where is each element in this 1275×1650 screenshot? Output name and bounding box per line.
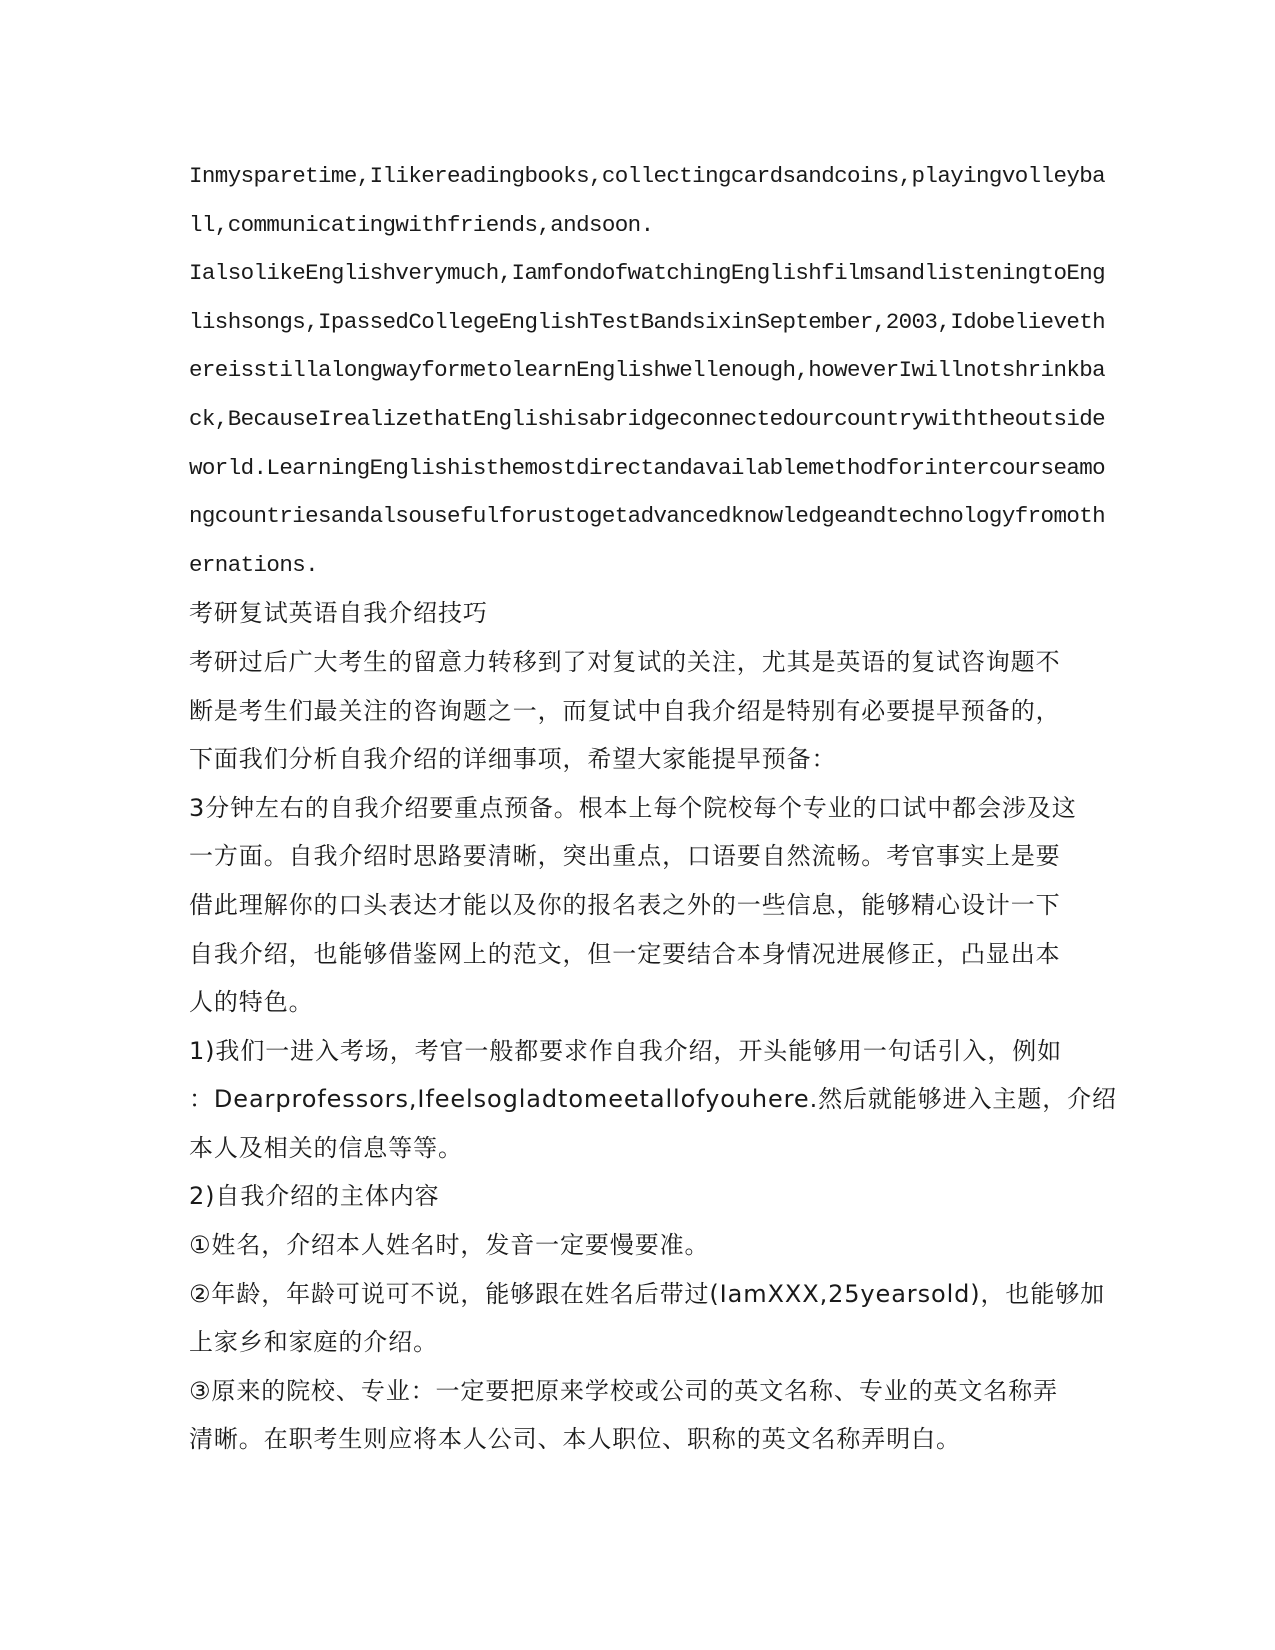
sub-item-school-major: ③原来的院校、专业：一定要把原来学校或公司的英文名称、专业的英文名称弄 清晰。在…	[189, 1367, 1089, 1464]
sub-item-name: ①姓名，介绍本人姓名时，发音一定要慢要准。	[189, 1221, 1089, 1270]
document-body: Inmysparetime,Ilikereadingbooks,collecti…	[189, 152, 1089, 1464]
point-1-paragraph: 1)我们一进入考场，考官一般都要求作自我介绍，开头能够用一句话引入，例如 ：De…	[189, 1027, 1089, 1173]
text-line: 自我介绍，也能够借鉴网上的范文，但一定要结合本身情况进展修正，凸显出本	[189, 930, 1089, 979]
text-line: 3分钟左右的自我介绍要重点预备。根本上每个院校每个专业的口试中都会涉及这	[189, 784, 1089, 833]
text-line: ll,communicatingwithfriends,andsoon.	[189, 201, 1089, 250]
hobbies-paragraph: Inmysparetime,Ilikereadingbooks,collecti…	[189, 152, 1089, 249]
text-line: 考研过后广大考生的留意力转移到了对复试的关注，尤其是英语的复试咨询题不	[189, 638, 1089, 687]
section-title: 考研复试英语自我介绍技巧	[189, 589, 1089, 638]
three-minute-paragraph: 3分钟左右的自我介绍要重点预备。根本上每个院校每个专业的口试中都会涉及这 一方面…	[189, 784, 1089, 1027]
text-line: Inmysparetime,Ilikereadingbooks,collecti…	[189, 152, 1089, 201]
text-line: ck,BecauseIrealizethatEnglishisabridgeco…	[189, 395, 1089, 444]
point-2-heading: 2)自我介绍的主体内容	[189, 1172, 1089, 1221]
text-line: 人的特色。	[189, 978, 1089, 1027]
sub-item-age: ②年龄，年龄可说可不说，能够跟在姓名后带过(IamXXX,25yearsold)…	[189, 1270, 1089, 1367]
text-line: 下面我们分析自我介绍的详细事项，希望大家能提早预备：	[189, 735, 1089, 784]
text-line: lishsongs,IpassedCollegeEnglishTestBands…	[189, 298, 1089, 347]
document-page: Inmysparetime,Ilikereadingbooks,collecti…	[0, 0, 1275, 1650]
text-line: 本人及相关的信息等等。	[189, 1124, 1089, 1173]
english-learning-paragraph: IalsolikeEnglishverymuch,Iamfondofwatchi…	[189, 249, 1089, 589]
text-line: 一方面。自我介绍时思路要清晰，突出重点，口语要自然流畅。考官事实上是要	[189, 832, 1089, 881]
text-line: ereisstillalongwayformetolearnEnglishwel…	[189, 346, 1089, 395]
text-line: 清晰。在职考生则应将本人公司、本人职位、职称的英文名称弄明白。	[189, 1415, 1089, 1464]
text-line: ③原来的院校、专业：一定要把原来学校或公司的英文名称、专业的英文名称弄	[189, 1367, 1089, 1416]
text-line: world.LearningEnglishisthemostdirectanda…	[189, 444, 1089, 493]
text-line: 借此理解你的口头表达才能以及你的报名表之外的一些信息，能够精心设计一下	[189, 881, 1089, 930]
text-line: ②年龄，年龄可说可不说，能够跟在姓名后带过(IamXXX,25yearsold)…	[189, 1270, 1089, 1319]
text-line: ngcountriesandalsousefulforustogetadvanc…	[189, 492, 1089, 541]
intro-paragraph: 考研过后广大考生的留意力转移到了对复试的关注，尤其是英语的复试咨询题不 断是考生…	[189, 638, 1089, 784]
text-line: 上家乡和家庭的介绍。	[189, 1318, 1089, 1367]
text-line: ：Dearprofessors,Ifeelsogladtomeetallofyo…	[189, 1075, 1089, 1124]
text-line: ①姓名，介绍本人姓名时，发音一定要慢要准。	[189, 1221, 1089, 1270]
text-line: ernations.	[189, 541, 1089, 590]
text-line: 1)我们一进入考场，考官一般都要求作自我介绍，开头能够用一句话引入，例如	[189, 1027, 1089, 1076]
text-line: IalsolikeEnglishverymuch,Iamfondofwatchi…	[189, 249, 1089, 298]
text-line: 断是考生们最关注的咨询题之一，而复试中自我介绍是特别有必要提早预备的，	[189, 687, 1089, 736]
